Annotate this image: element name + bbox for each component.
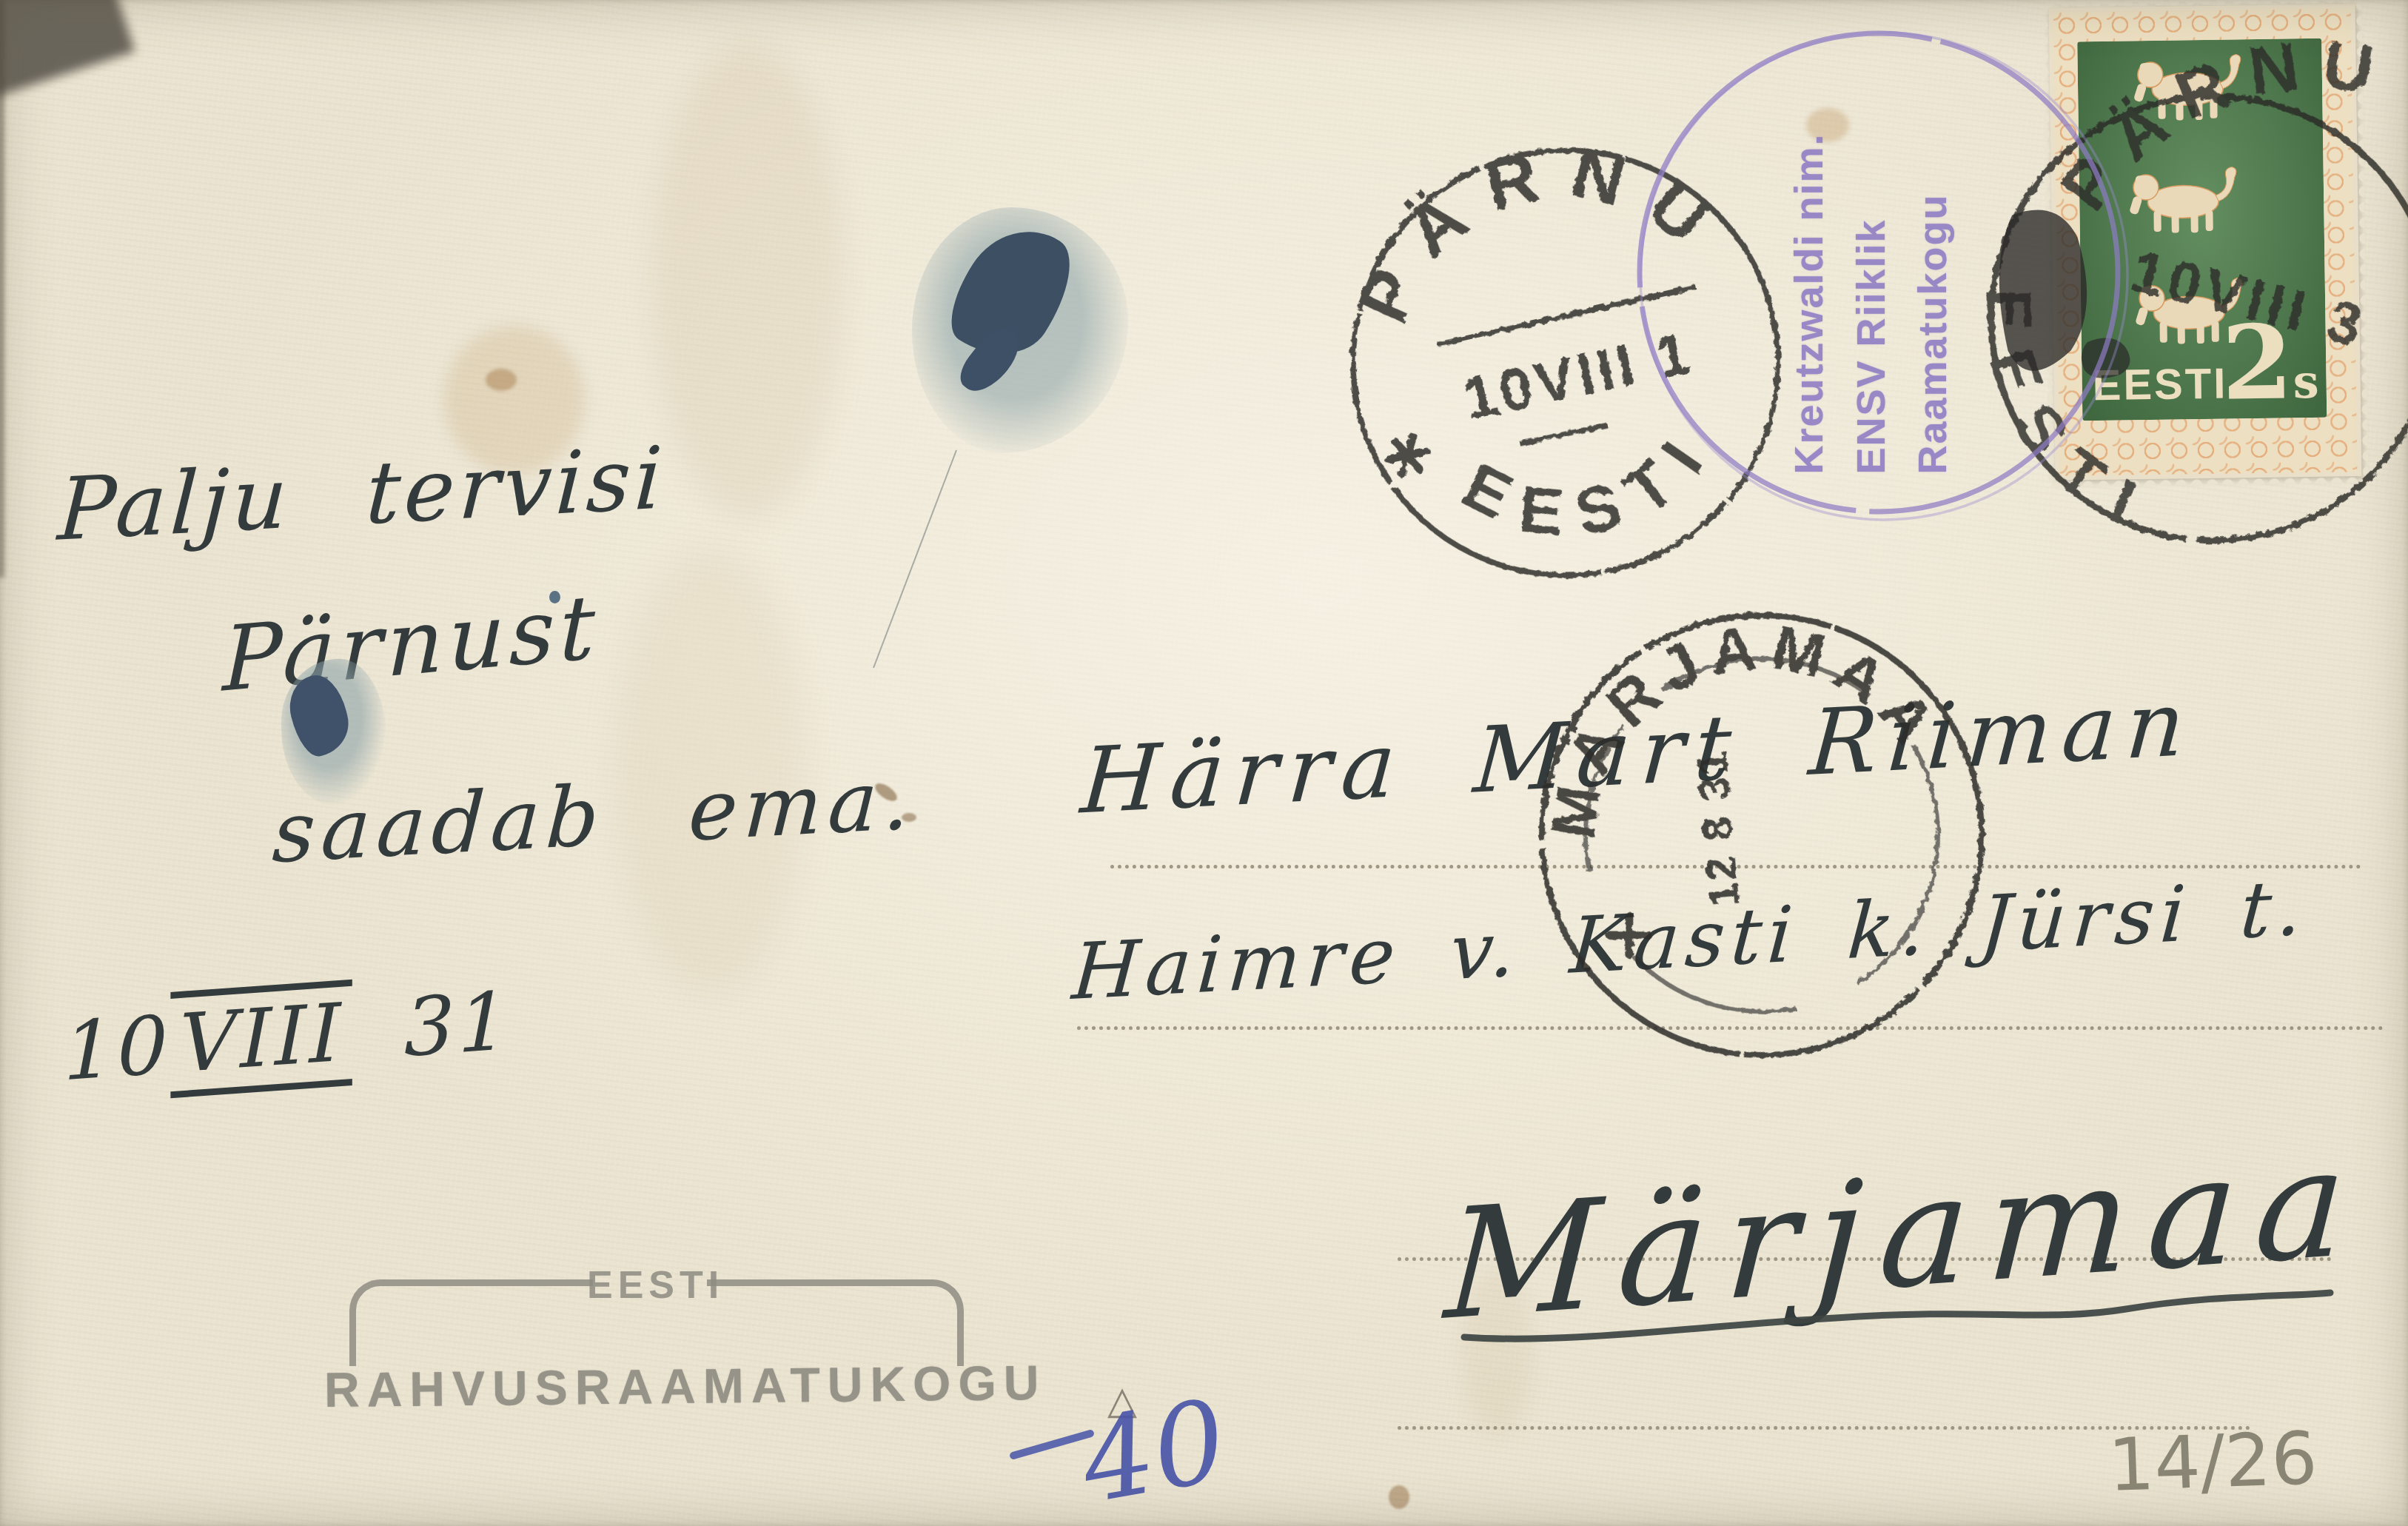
purple-cachet-line-3: Raamatukogu bbox=[1902, 71, 1965, 475]
svg-text:EESTI: EESTI bbox=[1441, 398, 1744, 576]
ink-hairline-scratch bbox=[873, 450, 956, 668]
message-line-1: Palju tervisi bbox=[56, 428, 668, 560]
library-cachet-country: EESTI bbox=[587, 1263, 707, 1308]
stamp-value: 2s bbox=[2221, 301, 2319, 424]
stamp-green-panel: EESTI 2s bbox=[2077, 39, 2327, 421]
library-cachet-bracket-right bbox=[707, 1279, 964, 1366]
purple-cachet-text: Kreutzwaldi nim. ENSV Riiklik Raamatukog… bbox=[1779, 71, 1968, 475]
purple-cachet-line-2: ENSV Riiklik bbox=[1840, 71, 1902, 475]
library-cachet-bracket-left bbox=[349, 1279, 593, 1366]
library-cachet-name: RAHVUSRAAMATUKOGU bbox=[324, 1354, 1047, 1418]
svg-text:PÄRNU: PÄRNU bbox=[1318, 97, 1753, 347]
parnu-postmark: PÄRNU EESTI 10VIII 1 bbox=[1310, 95, 1817, 615]
message-line-2: Pärnust bbox=[222, 575, 600, 712]
address-locality: Haimre v. Kasti k. Jürsi t. bbox=[1070, 862, 2311, 1017]
parnu-postmark-country: EESTI bbox=[1441, 398, 1744, 576]
parnu-postmark-date: 10VIII 1 bbox=[1457, 319, 1699, 432]
parnu-postmark-town: PÄRNU bbox=[1318, 97, 1753, 347]
tan-speck bbox=[486, 369, 517, 391]
message-date-year: 31 bbox=[404, 975, 512, 1075]
paper-edge-shadow bbox=[0, 0, 4, 578]
postage-stamp: EESTI 2s bbox=[2049, 4, 2362, 481]
message-date: 10VIII31 bbox=[64, 975, 512, 1100]
stamp-currency: s bbox=[2293, 355, 2319, 409]
message-date-day: 10 bbox=[64, 999, 171, 1099]
address-town: Märjamaa bbox=[1441, 1114, 2367, 1354]
stamp-denomination: 2 bbox=[2221, 301, 2293, 423]
ink-blot-halo bbox=[912, 207, 1128, 453]
stamp-country-label: EESTI bbox=[2092, 359, 2228, 411]
address-ruled-line-2 bbox=[1077, 1026, 2384, 1030]
ink-blot-core bbox=[934, 208, 1091, 377]
marjamaa-postmark: MÄRJAMAA 12 8 31 bbox=[1492, 562, 2031, 1105]
message-date-month: VIII bbox=[171, 980, 352, 1099]
blue-crayon-number: 40 bbox=[1072, 1375, 1235, 1526]
purple-cachet-line-1: Kreutzwaldi nim. bbox=[1779, 71, 1841, 475]
postcard-back-scan: Palju tervisi Pärnust saadab ema. 10VIII… bbox=[0, 0, 2408, 1526]
address-ruled-line-1 bbox=[1110, 865, 2361, 869]
tan-speck bbox=[1389, 1485, 1409, 1509]
water-stain bbox=[651, 44, 844, 518]
address-recipient: Härra Mart Riiman bbox=[1078, 670, 2199, 834]
message-line-3: saadab ema. bbox=[270, 752, 918, 882]
pencil-archive-number: 14/26 bbox=[2107, 1416, 2318, 1508]
paper-corner-chip bbox=[0, 0, 135, 97]
ink-blot-tail bbox=[953, 320, 1027, 401]
parnu-postmark-star-icon bbox=[1385, 435, 1429, 476]
